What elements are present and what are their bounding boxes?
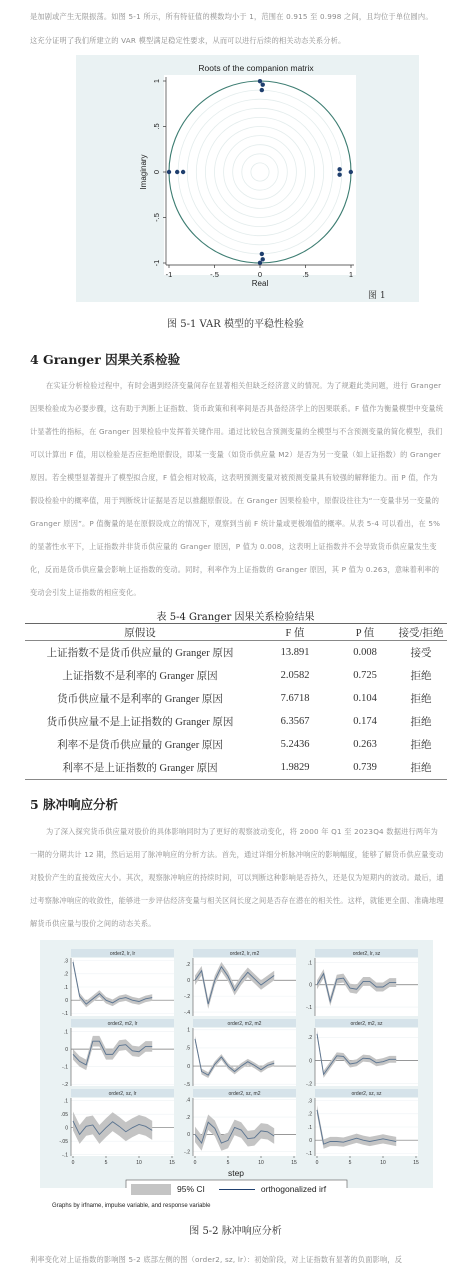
svg-text:0: 0 — [65, 1125, 68, 1131]
svg-text:0: 0 — [194, 1160, 197, 1166]
cell-hypothesis: 上证指数不是利率的 Granger 原因 — [25, 664, 255, 687]
cell-hypothesis: 利率不是上证指数的 Granger 原因 — [25, 756, 255, 780]
svg-text:.2: .2 — [308, 1112, 312, 1118]
svg-text:15: 15 — [169, 1160, 175, 1166]
header-p: P 值 — [335, 624, 395, 641]
svg-text:-.2: -.2 — [306, 1081, 312, 1087]
svg-text:0: 0 — [309, 1058, 312, 1064]
svg-text:-.2: -.2 — [184, 994, 190, 1000]
table-row: 货币供应量不是利率的 Granger 原因7.67180.104拒绝 — [25, 687, 447, 710]
svg-text:0: 0 — [187, 1064, 190, 1070]
cell-p-value: 0.725 — [335, 664, 395, 687]
svg-text:order2, lr, lr: order2, lr, lr — [110, 951, 136, 957]
cell-decision: 拒绝 — [395, 733, 447, 756]
cell-p-value: 0.174 — [335, 710, 395, 733]
svg-text:0: 0 — [152, 170, 161, 174]
svg-text:-.1: -.1 — [62, 1011, 68, 1017]
svg-text:0: 0 — [187, 978, 190, 984]
cell-p-value: 0.739 — [335, 756, 395, 780]
svg-text:-.1: -.1 — [62, 1064, 68, 1070]
svg-text:.3: .3 — [308, 1098, 312, 1104]
svg-text:order2, sz, lr: order2, sz, lr — [109, 1091, 137, 1097]
granger-results-table: 原假设 F 值 P 值 接受/拒绝 上证指数不是货币供应量的 Granger 原… — [25, 623, 447, 780]
figure-roots-companion-matrix: Roots of the companion matrix-1-1-.5-.50… — [76, 55, 419, 302]
figure1-caption: 图 5-1 VAR 模型的平稳性检验 — [0, 315, 471, 330]
svg-text:-.5: -.5 — [210, 270, 219, 279]
svg-text:0: 0 — [309, 1138, 312, 1144]
cell-p-value: 0.104 — [335, 687, 395, 710]
cell-decision: 拒绝 — [395, 756, 447, 780]
table-row: 利率不是上证指数的 Granger 原因1.98290.739拒绝 — [25, 756, 447, 780]
svg-text:.05: .05 — [61, 1112, 68, 1118]
header-decision: 接受/拒绝 — [395, 624, 447, 641]
svg-text:15: 15 — [413, 1160, 419, 1166]
section4-heading: 4 Granger 因果关系检验 — [30, 350, 180, 368]
intro-paragraph-line2: 这充分证明了我们所建立的 VAR 模型满足稳定性要求，从而可以进行后续的相关动态… — [30, 29, 444, 52]
svg-text:order2, m2, m2: order2, m2, m2 — [228, 1021, 262, 1027]
table-row: 上证指数不是利率的 Granger 原因2.05820.725拒绝 — [25, 664, 447, 687]
intro-paragraph-line1: 是加剧或产生无限振荡。如图 5-1 所示，所有特征值的模数均小于 1，范围在 0… — [30, 5, 444, 28]
cell-decision: 接受 — [395, 641, 447, 665]
cell-hypothesis: 货币供应量不是上证指数的 Granger 原因 — [25, 710, 255, 733]
cell-hypothesis: 上证指数不是货币供应量的 Granger 原因 — [25, 641, 255, 665]
svg-text:-.1: -.1 — [62, 1152, 68, 1158]
cell-hypothesis: 利率不是货币供应量的 Granger 原因 — [25, 733, 255, 756]
svg-text:.4: .4 — [186, 1098, 190, 1104]
legend-ci-label: 95% CI — [177, 1184, 205, 1194]
cell-decision: 拒绝 — [395, 710, 447, 733]
cell-f-value: 6.3567 — [255, 710, 335, 733]
svg-text:-.05: -.05 — [59, 1139, 68, 1145]
svg-text:Real: Real — [252, 279, 269, 288]
svg-text:order2, lr, sz: order2, lr, sz — [353, 951, 381, 957]
svg-text:10: 10 — [258, 1160, 264, 1166]
svg-text:图 1: 图 1 — [368, 290, 386, 301]
svg-text:order2, m2, sz: order2, m2, sz — [351, 1021, 383, 1027]
svg-text:5: 5 — [105, 1160, 108, 1166]
svg-text:-.4: -.4 — [184, 1010, 190, 1016]
svg-text:10: 10 — [380, 1160, 386, 1166]
cell-p-value: 0.263 — [335, 733, 395, 756]
table-row: 货币供应量不是上证指数的 Granger 原因6.35670.174拒绝 — [25, 710, 447, 733]
svg-text:1: 1 — [187, 1028, 190, 1034]
svg-text:10: 10 — [136, 1160, 142, 1166]
legend-irf-label: orthogonalized irf — [261, 1184, 326, 1194]
ci-swatch-icon — [131, 1184, 171, 1195]
irf-note: Graphs by irfname, impulse variable, and… — [52, 1203, 210, 1209]
cell-f-value: 2.0582 — [255, 664, 335, 687]
table-row: 利率不是货币供应量的 Granger 原因5.24360.263拒绝 — [25, 733, 447, 756]
figure-impulse-response: order2, lr, lr-.10.1.2.3order2, lr, m2-.… — [40, 940, 433, 1188]
svg-text:.2: .2 — [64, 972, 68, 978]
svg-text:.1: .1 — [308, 1125, 312, 1131]
roots-plot: Roots of the companion matrix-1-1-.5-.50… — [76, 55, 419, 302]
header-hypothesis: 原假设 — [25, 624, 255, 641]
svg-text:.5: .5 — [152, 123, 161, 129]
cell-f-value: 13.891 — [255, 641, 335, 665]
svg-text:-.2: -.2 — [62, 1082, 68, 1088]
cell-decision: 拒绝 — [395, 664, 447, 687]
closing-paragraph: 利率变化对上证指数的影响图 5-2 底部左侧的图（order2, sz, lr）… — [30, 1248, 444, 1269]
svg-text:order2, m2, lr: order2, m2, lr — [108, 1021, 138, 1027]
svg-text:0: 0 — [72, 1160, 75, 1166]
svg-text:0: 0 — [258, 270, 262, 279]
svg-text:5: 5 — [349, 1160, 352, 1166]
irf-legend: 95% CI orthogonalized irf — [126, 1180, 347, 1198]
svg-text:0: 0 — [187, 1132, 190, 1138]
cell-f-value: 5.2436 — [255, 733, 335, 756]
svg-text:0: 0 — [316, 1160, 319, 1166]
svg-text:.1: .1 — [64, 1029, 68, 1035]
svg-text:1: 1 — [349, 270, 353, 279]
svg-text:order2, sz, sz: order2, sz, sz — [351, 1091, 382, 1097]
table-title: 表 5-4 Granger 因果关系检验结果 — [0, 608, 471, 623]
svg-text:5: 5 — [227, 1160, 230, 1166]
svg-text:-1: -1 — [166, 270, 173, 279]
svg-text:-.1: -.1 — [306, 1151, 312, 1157]
svg-text:.2: .2 — [186, 1115, 190, 1121]
svg-text:.1: .1 — [64, 1098, 68, 1104]
cell-f-value: 7.6718 — [255, 687, 335, 710]
svg-text:0: 0 — [65, 998, 68, 1004]
svg-text:Imaginary: Imaginary — [139, 154, 148, 189]
cell-f-value: 1.9829 — [255, 756, 335, 780]
svg-text:.5: .5 — [302, 270, 308, 279]
cell-p-value: 0.008 — [335, 641, 395, 665]
svg-text:.1: .1 — [64, 985, 68, 991]
svg-text:step: step — [228, 1168, 244, 1178]
svg-text:-.2: -.2 — [184, 1149, 190, 1155]
svg-text:order2, sz, m2: order2, sz, m2 — [229, 1091, 261, 1097]
svg-text:-.5: -.5 — [184, 1082, 190, 1088]
granger-paragraph: 在实证分析检验过程中，有时会遇到经济变量间存在显著相关但缺乏经济意义的情况。为了… — [30, 374, 444, 604]
header-f: F 值 — [255, 624, 335, 641]
irf-line-icon — [219, 1189, 255, 1190]
svg-text:15: 15 — [291, 1160, 297, 1166]
svg-text:1: 1 — [152, 79, 161, 83]
svg-text:order2, lr, m2: order2, lr, m2 — [230, 951, 260, 957]
table-row: 上证指数不是货币供应量的 Granger 原因13.8910.008接受 — [25, 641, 447, 665]
cell-decision: 拒绝 — [395, 687, 447, 710]
svg-text:0: 0 — [309, 983, 312, 989]
section5-heading: 5 脉冲响应分析 — [30, 795, 118, 813]
impulse-paragraph: 为了深入探究货币供应量对股价的具体影响同时为了更好的观察波动变化，将 2000 … — [30, 820, 444, 935]
svg-text:Roots of the companion matrix: Roots of the companion matrix — [198, 63, 314, 73]
figure2-caption: 图 5-2 脉冲响应分析 — [0, 1222, 471, 1237]
table-header-row: 原假设 F 值 P 值 接受/拒绝 — [25, 624, 447, 641]
irf-grid: order2, lr, lr-.10.1.2.3order2, lr, m2-.… — [40, 940, 433, 1188]
svg-text:-.1: -.1 — [306, 1005, 312, 1011]
svg-text:-1: -1 — [152, 260, 161, 267]
svg-text:.3: .3 — [64, 958, 68, 964]
svg-text:.2: .2 — [186, 962, 190, 968]
svg-text:-.5: -.5 — [152, 213, 161, 222]
svg-text:.5: .5 — [186, 1046, 190, 1052]
svg-text:0: 0 — [65, 1047, 68, 1053]
cell-hypothesis: 货币供应量不是利率的 Granger 原因 — [25, 687, 255, 710]
svg-text:.2: .2 — [308, 1035, 312, 1041]
svg-text:.1: .1 — [308, 960, 312, 966]
